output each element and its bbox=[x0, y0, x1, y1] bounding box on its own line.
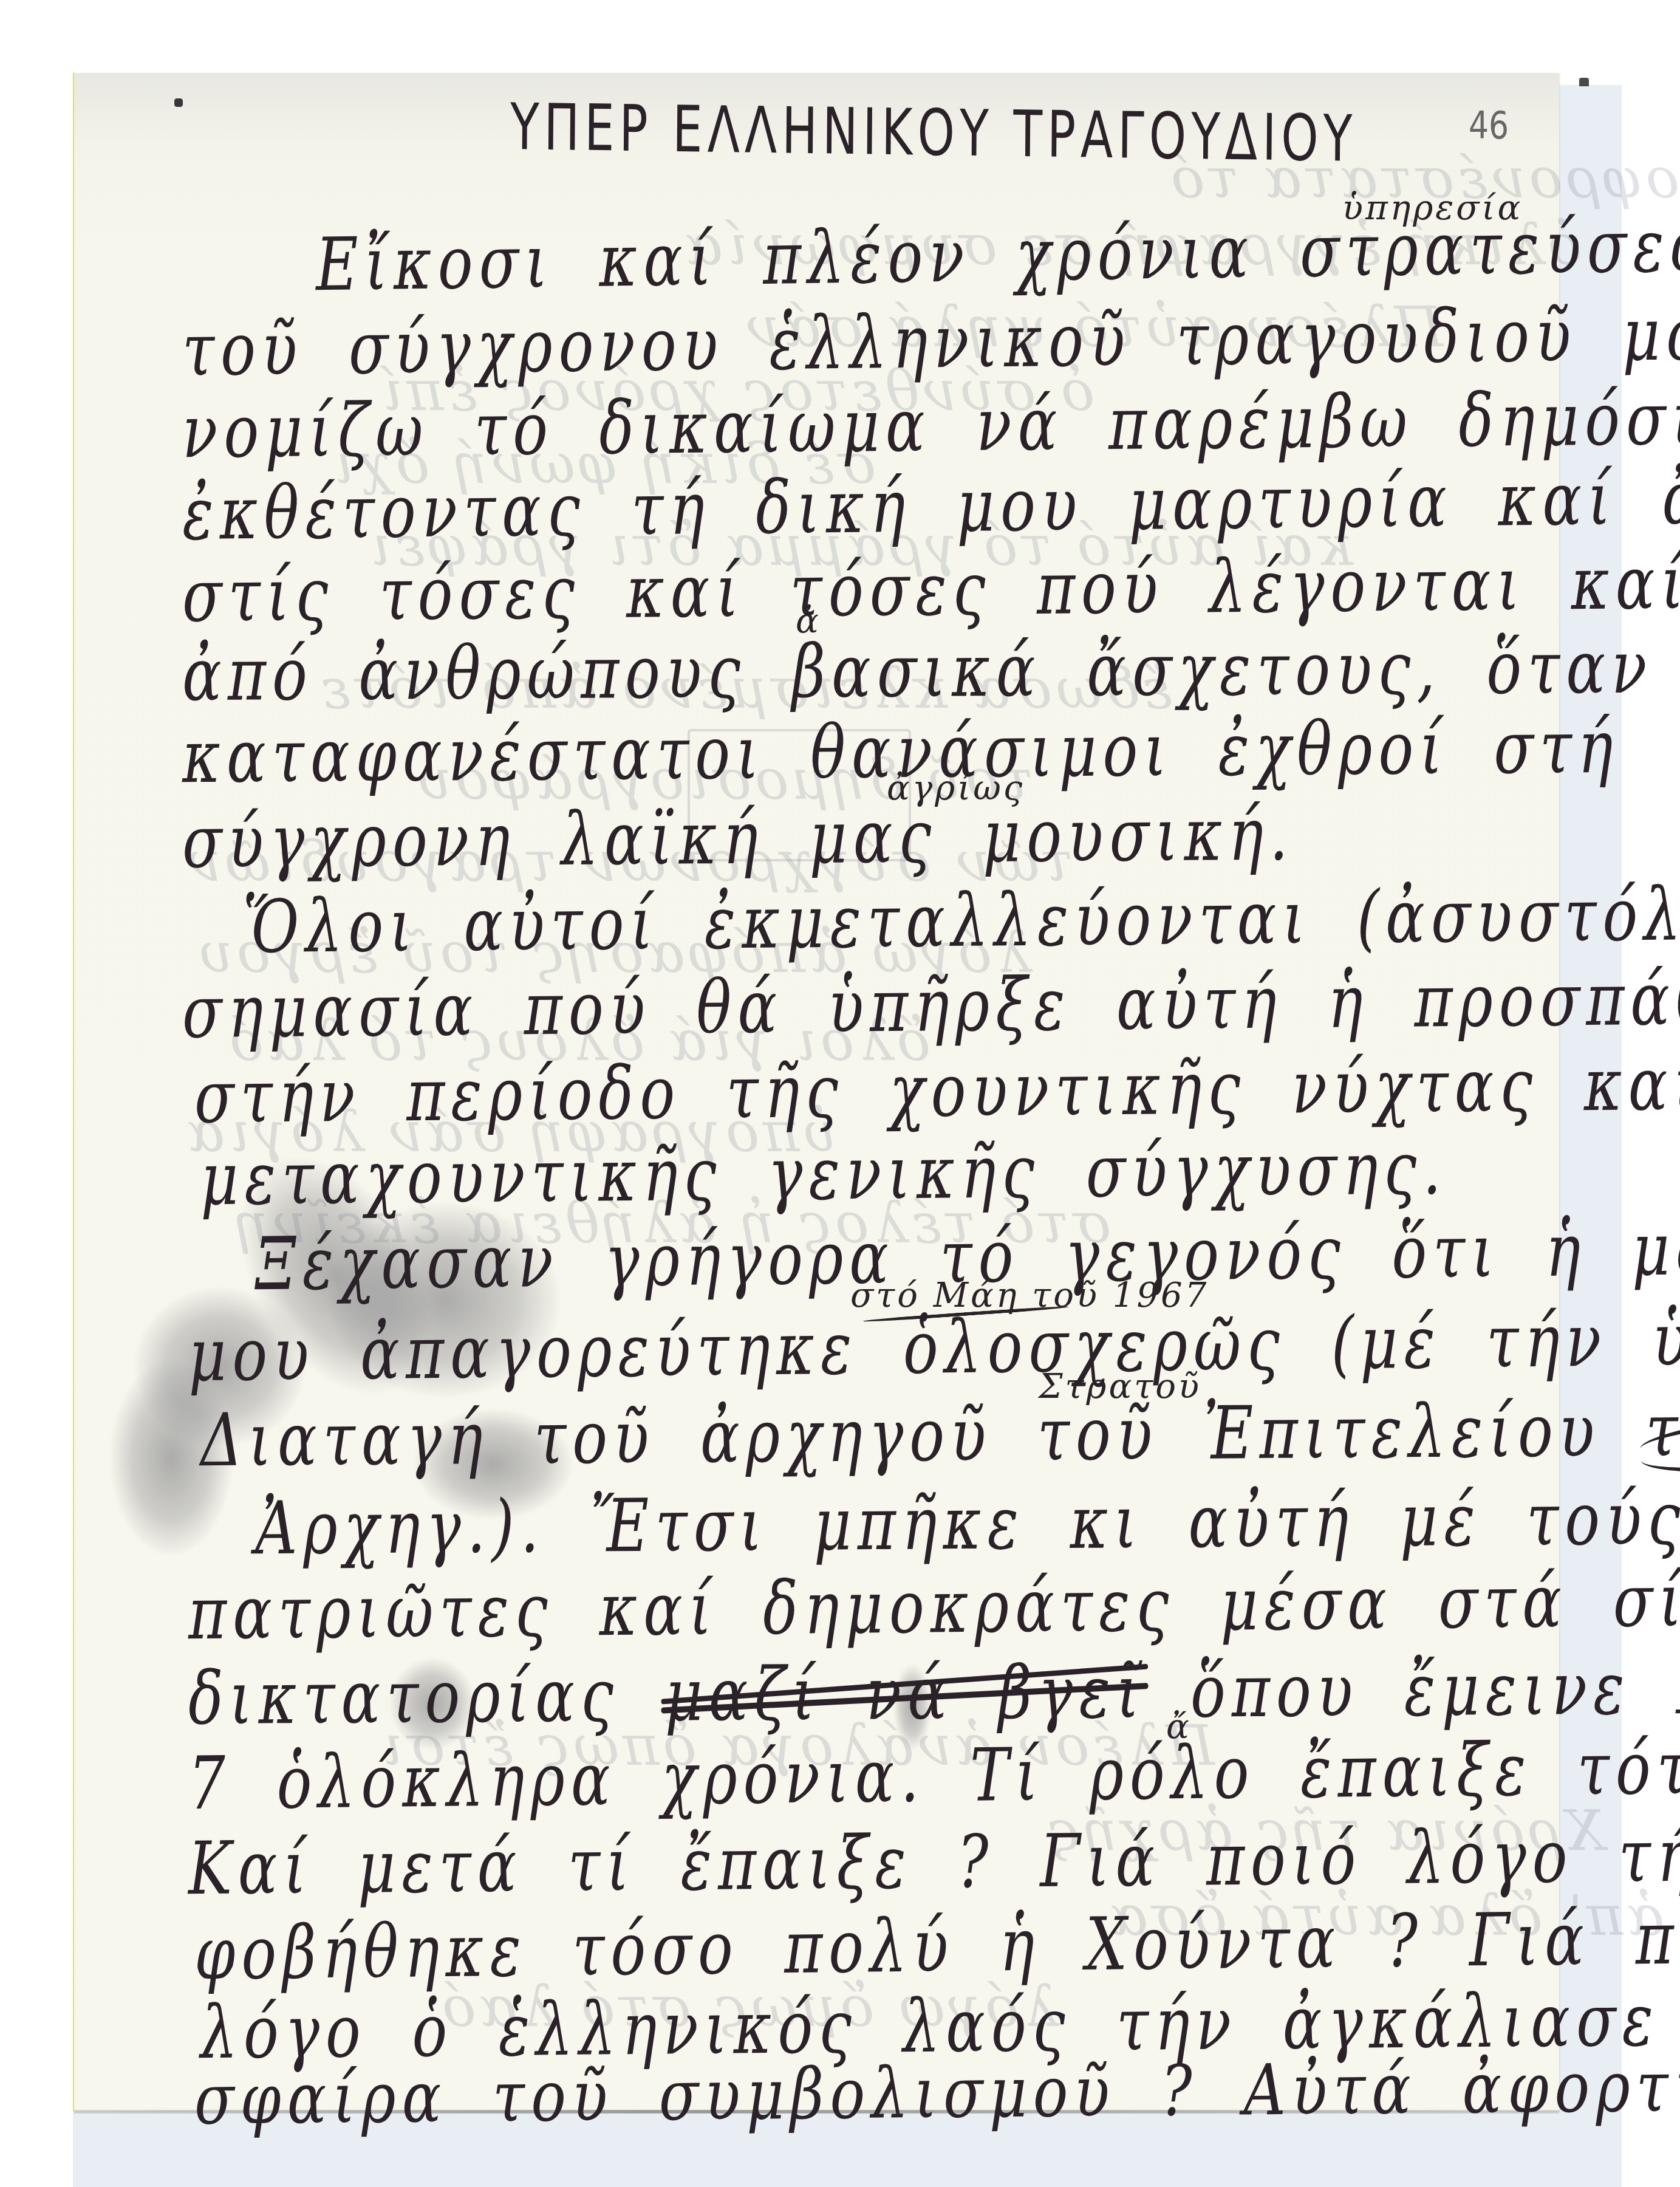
manuscript-line-6: ἀπό ἀνθρώπους βασικά ἄσχετους, ὅταν δέν … bbox=[182, 623, 1680, 717]
page-number: 46 bbox=[1469, 104, 1509, 148]
manuscript-line-20: Καί μετά τί ἔπαιξε ? Γιά ποιό λόγο τήν bbox=[188, 1813, 1680, 1911]
manuscript-line-15: Διαταγή τοῦ ἀρχηγοῦ τοῦ Ἐπιτελείου τοῦ Σ… bbox=[200, 1384, 1680, 1483]
struck-word: τοῦ Στρατοῦ bbox=[1645, 1384, 1680, 1473]
manuscript-line-17: πατριῶτες καί δημοκράτες μέσα στά σίδερα… bbox=[188, 1555, 1680, 1656]
manuscript-line-18: δικτατορίας μαζί νά βγεῖ ὅπου ἔμεινε κλε… bbox=[188, 1643, 1680, 1741]
line-text: δικτατορίας bbox=[188, 1653, 620, 1741]
manuscript-line-11: στήν περίοδο τῆς χουντικῆς νύχτας καί τῆ… bbox=[194, 1040, 1680, 1140]
manuscript-line-23: σφαίρα τοῦ συμβολισμοῦ ? Αὐτά ἀφορτίζουν bbox=[194, 2044, 1680, 2140]
struck-words: μαζί νά βγεῖ bbox=[664, 1649, 1146, 1738]
manuscript-line-19: 7 ὁλόκληρα χρόνια. Τί ρόλο ἔπαιξε τότε ? bbox=[188, 1724, 1680, 1826]
manuscript-line-12: μεταχουντικῆς γενικῆς σύγχυσης. bbox=[200, 1126, 1447, 1222]
pin-hole-mark bbox=[174, 98, 183, 107]
line-text-continued: ὅπου ἔμεινε κλεισμένη bbox=[1190, 1643, 1680, 1734]
manuscript-line-16: Ἀρχηγ.). Ἔτσι μπῆκε κι αὐτή μέ τούς καλλ… bbox=[255, 1473, 1680, 1571]
binder-clip-mark bbox=[1579, 78, 1589, 86]
line-text: Διαταγή τοῦ ἀρχηγοῦ τοῦ Ἐπιτελείου bbox=[200, 1388, 1601, 1483]
manuscript-line-5: στίς τόσες καί τόσες πού λέγονται καί γρ… bbox=[182, 536, 1680, 638]
manuscript-line-8: σύγχρονη λαϊκή μας μουσική. bbox=[182, 792, 1294, 885]
manuscript-line-9: Ὅλοι αὐτοί ἐκμεταλλεύονται (ἀσυστόλως) τ… bbox=[242, 867, 1680, 970]
manuscript-line-10: σημασία πού θά ὑπῆρξε αὐτή ἡ προσπάθεια bbox=[182, 955, 1680, 1055]
manuscript-title: ΥΠΕΡ ΕΛΛΗΝΙΚΟΥ ΤΡΑΓΟΥΔΙΟΥ bbox=[510, 91, 1357, 176]
